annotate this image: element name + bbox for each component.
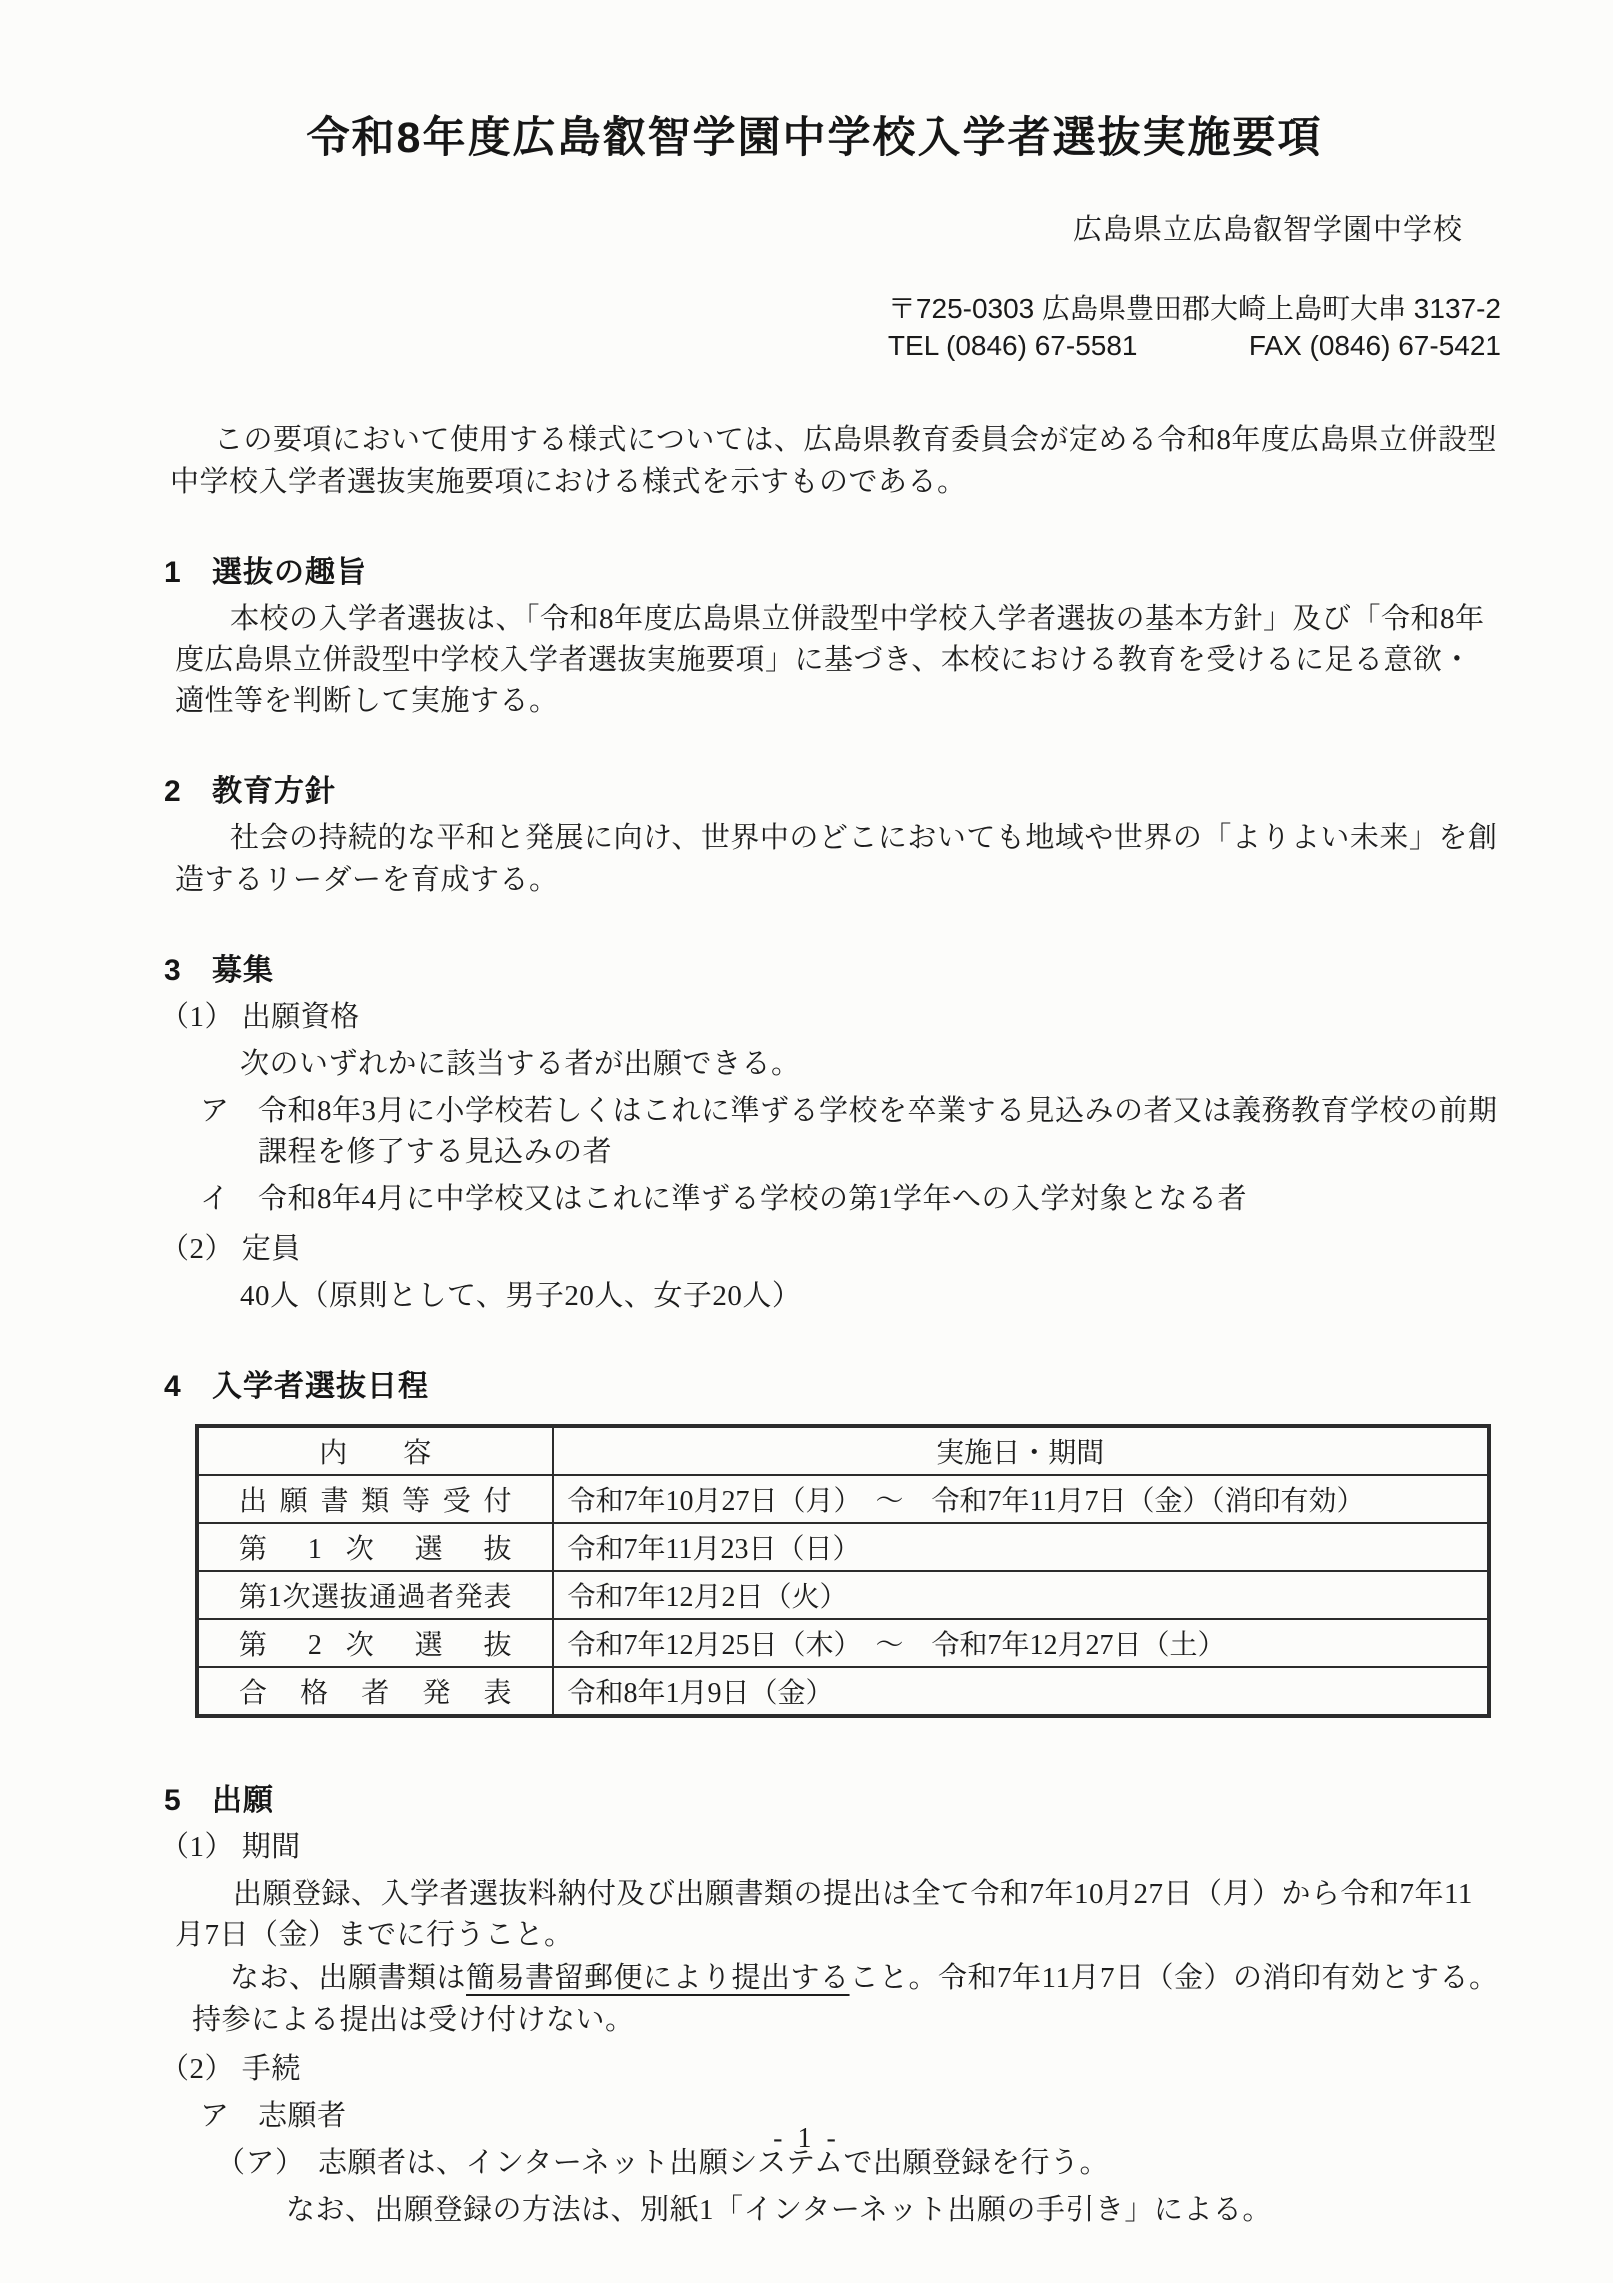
section-2-body: 社会の持続的な平和と発展に向け、世界中のどこにおいても地域や世界の「よりよい未来… bbox=[175, 818, 1501, 900]
schedule-row-label: 出 願 書 類 等 受 付 bbox=[198, 1475, 553, 1523]
schedule-row-label: 第1次選抜通過者発表 bbox=[198, 1571, 553, 1619]
section-3-item-a: ア 令和8年3月に小学校若しくはこれに準ずる学校を卒業する見込みの者又は義務教育… bbox=[200, 1091, 1501, 1173]
section-3-item-1-label: （1） 出願資格 bbox=[160, 997, 1501, 1038]
schedule-row-label: 第 1 次 選 抜 bbox=[198, 1523, 553, 1571]
schedule-row-value: 令和7年12月25日（木） ～ 令和7年12月27日（土） bbox=[553, 1619, 1489, 1667]
section-3-item-2-label: （2） 定員 bbox=[160, 1229, 1501, 1270]
address-wrap: 〒725-0303 広島県豊田郡大崎上島町大串 3137-2 TEL (0846… bbox=[158, 290, 1501, 364]
mail-paragraph-underlined: 簡易書留郵便により提出する bbox=[466, 1962, 850, 1994]
section-2-title: 教育方針 bbox=[212, 775, 336, 808]
section-1-body: 本校の入学者選抜は、「令和8年度広島県立併設型中学校入学者選抜の基本方針」及び「… bbox=[175, 599, 1501, 723]
fax-number: FAX (0846) 67-5421 bbox=[1249, 327, 1501, 364]
section-3-item-i: イ 令和8年4月に中学校又はこれに準ずる学校の第1学年への入学対象となる者 bbox=[200, 1179, 1501, 1220]
schedule-row-value: 令和8年1月9日（金） bbox=[553, 1667, 1489, 1716]
schedule-table: 内 容 実施日・期間 出 願 書 類 等 受 付 令和7年10月27日（月） ～… bbox=[196, 1425, 1490, 1717]
section-1-number: 1 bbox=[164, 556, 212, 590]
section-5-mail-paragraph: なお、出願書類は簡易書留郵便により提出すること。令和7年11月7日（金）の消印有… bbox=[192, 1958, 1501, 2040]
section-5-number: 5 bbox=[164, 1784, 212, 1818]
section-1-heading: 1選抜の趣旨 bbox=[164, 547, 1501, 591]
document-page: 令和8年度広島叡智学園中学校入学者選抜実施要項 広島県立広島叡智学園中学校 〒7… bbox=[0, 0, 1613, 2283]
schedule-header-date: 実施日・期間 bbox=[553, 1426, 1489, 1475]
schedule-row-final-result: 合 格 者 発 表 令和8年1月9日（金） bbox=[198, 1667, 1489, 1716]
section-3-item-a-mark: ア bbox=[200, 1091, 258, 1173]
schedule-row-second-selection: 第 2 次 選 抜 令和7年12月25日（木） ～ 令和7年12月27日（土） bbox=[198, 1619, 1489, 1667]
section-3-item-i-mark: イ bbox=[200, 1179, 258, 1220]
section-3-item-2-text: 40人（原則として、男子20人、女子20人） bbox=[240, 1276, 1501, 1317]
mail-paragraph-pre: なお、出願書類は bbox=[230, 1962, 466, 1994]
section-3-heading: 3募集 bbox=[164, 945, 1501, 989]
section-4-title: 入学者選抜日程 bbox=[212, 1370, 429, 1403]
schedule-header-content: 内 容 bbox=[198, 1426, 553, 1475]
schedule-row-value: 令和7年12月2日（火） bbox=[553, 1571, 1489, 1619]
schedule-row-application: 出 願 書 類 等 受 付 令和7年10月27日（月） ～ 令和7年11月7日（… bbox=[198, 1475, 1489, 1523]
section-1-title: 選抜の趣旨 bbox=[212, 556, 367, 589]
section-3-title: 募集 bbox=[212, 954, 274, 987]
section-5-title: 出願 bbox=[212, 1784, 274, 1817]
tel-fax-line: TEL (0846) 67-5581 FAX (0846) 67-5421 bbox=[888, 327, 1501, 364]
schedule-row-value: 令和7年11月23日（日） bbox=[553, 1523, 1489, 1571]
section-3-item-i-text: 令和8年4月に中学校又はこれに準ずる学校の第1学年への入学対象となる者 bbox=[258, 1179, 1501, 1220]
section-4-heading: 4入学者選抜日程 bbox=[164, 1361, 1501, 1405]
page-number: - 1 - bbox=[0, 2123, 1613, 2155]
schedule-header-row: 内 容 実施日・期間 bbox=[198, 1426, 1489, 1475]
section-5-item-2-label: （2） 手続 bbox=[160, 2049, 1501, 2090]
intro-paragraph: この要項において使用する様式については、広島県教育委員会が定める令和8年度広島県… bbox=[170, 420, 1501, 502]
schedule-row-value: 令和7年10月27日（月） ～ 令和7年11月7日（金）（消印有効） bbox=[553, 1475, 1489, 1523]
section-4-number: 4 bbox=[164, 1370, 212, 1404]
school-name: 広島県立広島叡智学園中学校 bbox=[158, 207, 1463, 248]
header-right-block: 広島県立広島叡智学園中学校 bbox=[158, 207, 1501, 248]
page-title: 令和8年度広島叡智学園中学校入学者選抜実施要項 bbox=[158, 104, 1471, 165]
section-5-heading: 5出願 bbox=[164, 1775, 1501, 1819]
postal-address: 〒725-0303 広島県豊田郡大崎上島町大串 3137-2 bbox=[888, 290, 1501, 327]
schedule-row-label: 第 2 次 選 抜 bbox=[198, 1619, 553, 1667]
section-3-item-1-intro: 次のいずれかに該当する者が出願できる。 bbox=[240, 1044, 1501, 1085]
tel-number: TEL (0846) 67-5581 bbox=[888, 327, 1138, 364]
schedule-row-first-selection: 第 1 次 選 抜 令和7年11月23日（日） bbox=[198, 1523, 1489, 1571]
schedule-row-first-result: 第1次選抜通過者発表 令和7年12月2日（火） bbox=[198, 1571, 1489, 1619]
section-5-item-a1-note: なお、出願登録の方法は、別紙1「インターネット出願の手引き」による。 bbox=[286, 2190, 1501, 2231]
schedule-row-label: 合 格 者 発 表 bbox=[198, 1667, 553, 1716]
section-2-heading: 2教育方針 bbox=[164, 766, 1501, 810]
section-3-item-a-text: 令和8年3月に小学校若しくはこれに準ずる学校を卒業する見込みの者又は義務教育学校… bbox=[258, 1091, 1501, 1173]
section-5-period-paragraph: 出願登録、入学者選抜料納付及び出願書類の提出は全て令和7年10月27日（月）から… bbox=[175, 1874, 1501, 1956]
address-block: 〒725-0303 広島県豊田郡大崎上島町大串 3137-2 TEL (0846… bbox=[888, 290, 1501, 364]
section-2-number: 2 bbox=[164, 775, 212, 809]
section-5-item-1-label: （1） 期間 bbox=[160, 1827, 1501, 1868]
section-3-number: 3 bbox=[164, 954, 212, 988]
